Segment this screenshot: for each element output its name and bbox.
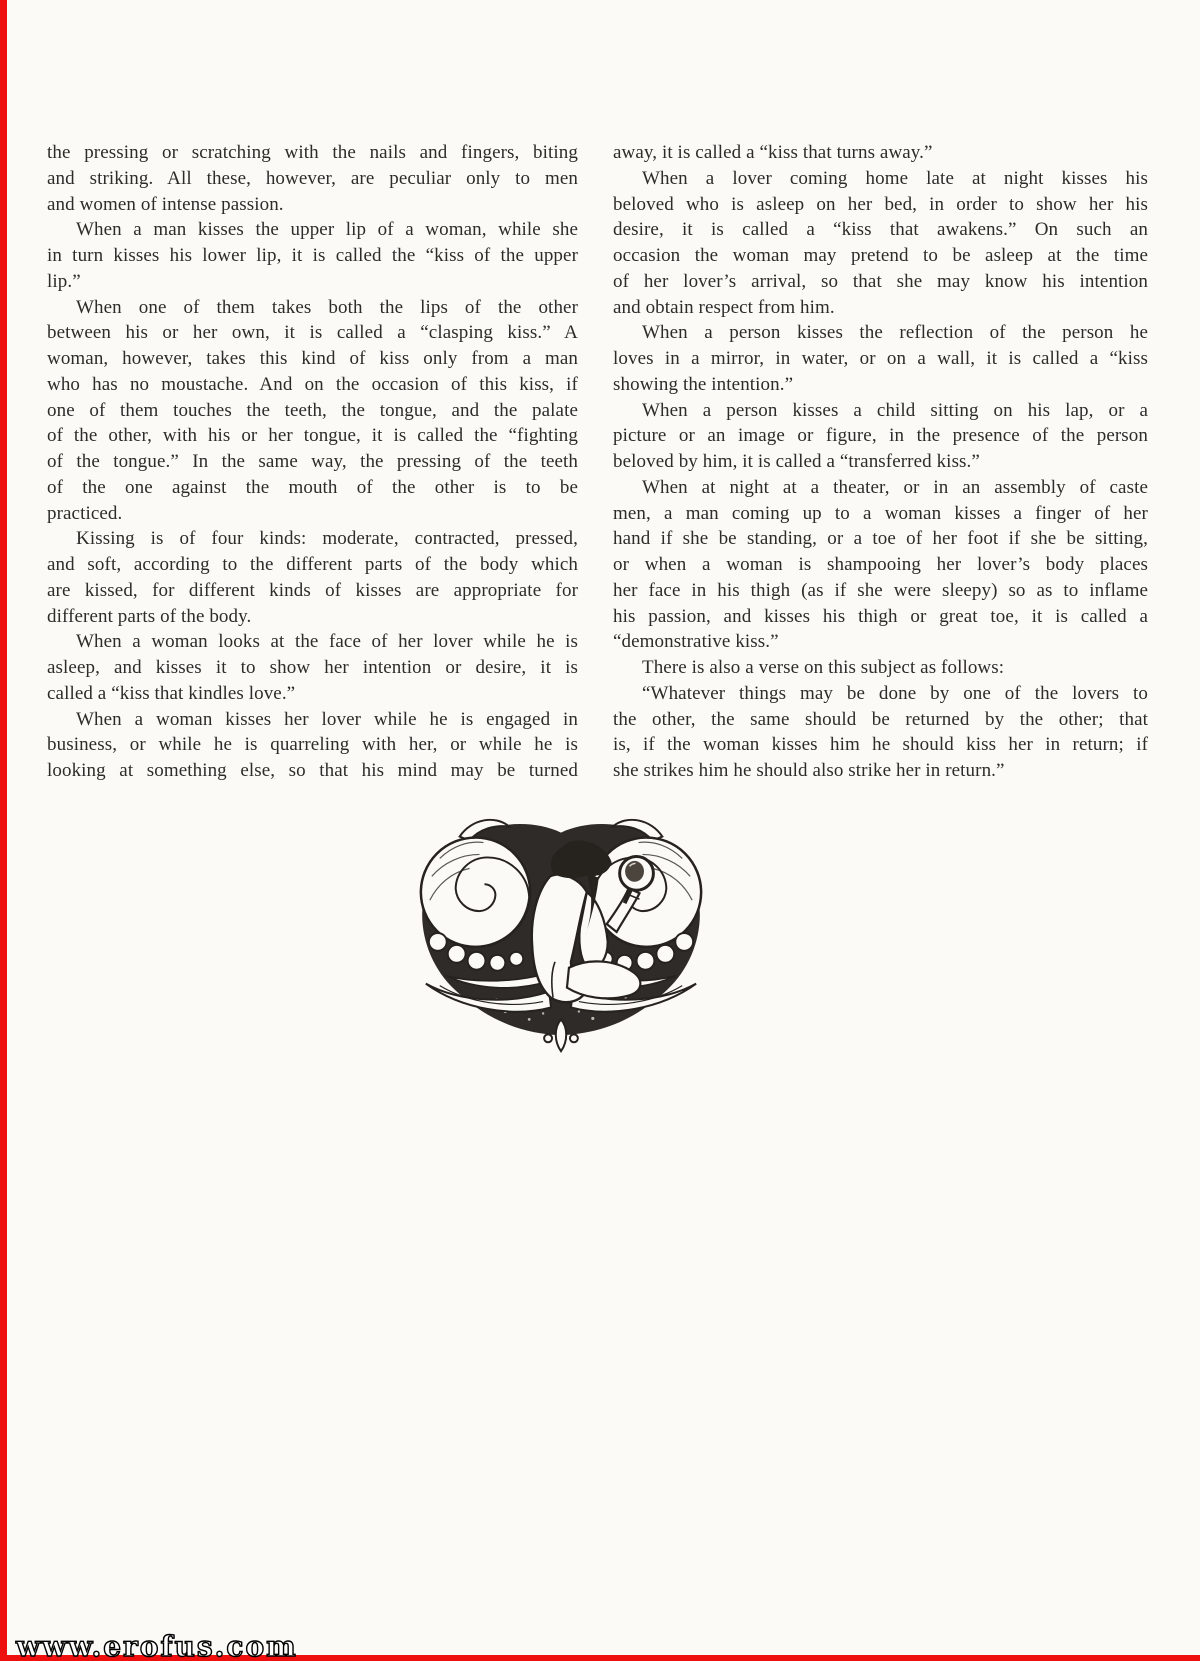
text-line: is, if the woman kisses him he should ki… xyxy=(613,732,1148,758)
text-line: away, it is called a “kiss that turns aw… xyxy=(613,140,1148,166)
text-line: woman, however, takes this kind of kiss … xyxy=(47,346,578,372)
text-line: her face in his thigh (as if she were sl… xyxy=(613,578,1148,604)
text-line: asleep, and kisses it to show her intent… xyxy=(47,655,578,681)
text-line: occasion the woman may pretend to be asl… xyxy=(613,243,1148,269)
text-line: When a woman kisses her lover while he i… xyxy=(47,707,578,733)
text-line: called a “kiss that kindles love.” xyxy=(47,681,578,707)
text-line: beloved who is asleep on her bed, in ord… xyxy=(613,192,1148,218)
book-page: the pressing or scratching with the nail… xyxy=(0,0,1200,1661)
text-line: When a person kisses the reflection of t… xyxy=(613,320,1148,346)
text-line: and striking. All these, however, are pe… xyxy=(47,166,578,192)
text-line: When at night at a theater, or in an ass… xyxy=(613,475,1148,501)
text-line: of her lover’s arrival, so that she may … xyxy=(613,269,1148,295)
text-line: When a lover coming home late at night k… xyxy=(613,166,1148,192)
text-line: different parts of the body. xyxy=(47,604,578,630)
text-line: showing the intention.” xyxy=(613,372,1148,398)
text-line: Kissing is of four kinds: moderate, cont… xyxy=(47,526,578,552)
text-line: business, or while he is quarreling with… xyxy=(47,732,578,758)
text-line: his passion, and kisses his thigh or gre… xyxy=(613,604,1148,630)
text-column-right: away, it is called a “kiss that turns aw… xyxy=(613,140,1148,784)
text-line: who has no moustache. And on the occasio… xyxy=(47,372,578,398)
text-column-left: the pressing or scratching with the nail… xyxy=(47,140,578,784)
text-line: When a person kisses a child sitting on … xyxy=(613,398,1148,424)
text-line: “Whatever things may be done by one of t… xyxy=(613,681,1148,707)
vignette-illustration xyxy=(402,796,720,1060)
text-line: loves in a mirror, in water, or on a wal… xyxy=(613,346,1148,372)
text-line: are kissed, for different kinds of kisse… xyxy=(47,578,578,604)
text-line: the other, the same should be returned b… xyxy=(613,707,1148,733)
text-line: and obtain respect from him. xyxy=(613,295,1148,321)
text-line: she strikes him he should also strike he… xyxy=(613,758,1148,784)
text-line: of the tongue.” In the same way, the pre… xyxy=(47,449,578,475)
text-line: and women of intense passion. xyxy=(47,192,578,218)
text-line: men, a man coming up to a woman kisses a… xyxy=(613,501,1148,527)
red-scan-edge-left xyxy=(0,0,7,1661)
text-line: looking at something else, so that his m… xyxy=(47,758,578,784)
text-line: “demonstrative kiss.” xyxy=(613,629,1148,655)
text-line: the pressing or scratching with the nail… xyxy=(47,140,578,166)
text-line: lip.” xyxy=(47,269,578,295)
text-line: hand if she be standing, or a toe of her… xyxy=(613,526,1148,552)
text-line: and soft, according to the different par… xyxy=(47,552,578,578)
text-line: When a man kisses the upper lip of a wom… xyxy=(47,217,578,243)
text-line: practiced. xyxy=(47,501,578,527)
text-line: of the other, with his or her tongue, it… xyxy=(47,423,578,449)
text-line: in turn kisses his lower lip, it is call… xyxy=(47,243,578,269)
text-line: of the one against the mouth of the othe… xyxy=(47,475,578,501)
text-line: picture or an image or figure, in the pr… xyxy=(613,423,1148,449)
text-line: one of them touches the teeth, the tongu… xyxy=(47,398,578,424)
text-line: When one of them takes both the lips of … xyxy=(47,295,578,321)
text-line: beloved by him, it is called a “transfer… xyxy=(613,449,1148,475)
text-line: When a woman looks at the face of her lo… xyxy=(47,629,578,655)
text-line: desire, it is called a “kiss that awaken… xyxy=(613,217,1148,243)
text-line: between his or her own, it is called a “… xyxy=(47,320,578,346)
watermark: www.erofus.com xyxy=(16,1630,298,1661)
text-line: or when a woman is shampooing her lover’… xyxy=(613,552,1148,578)
text-line: There is also a verse on this subject as… xyxy=(613,655,1148,681)
